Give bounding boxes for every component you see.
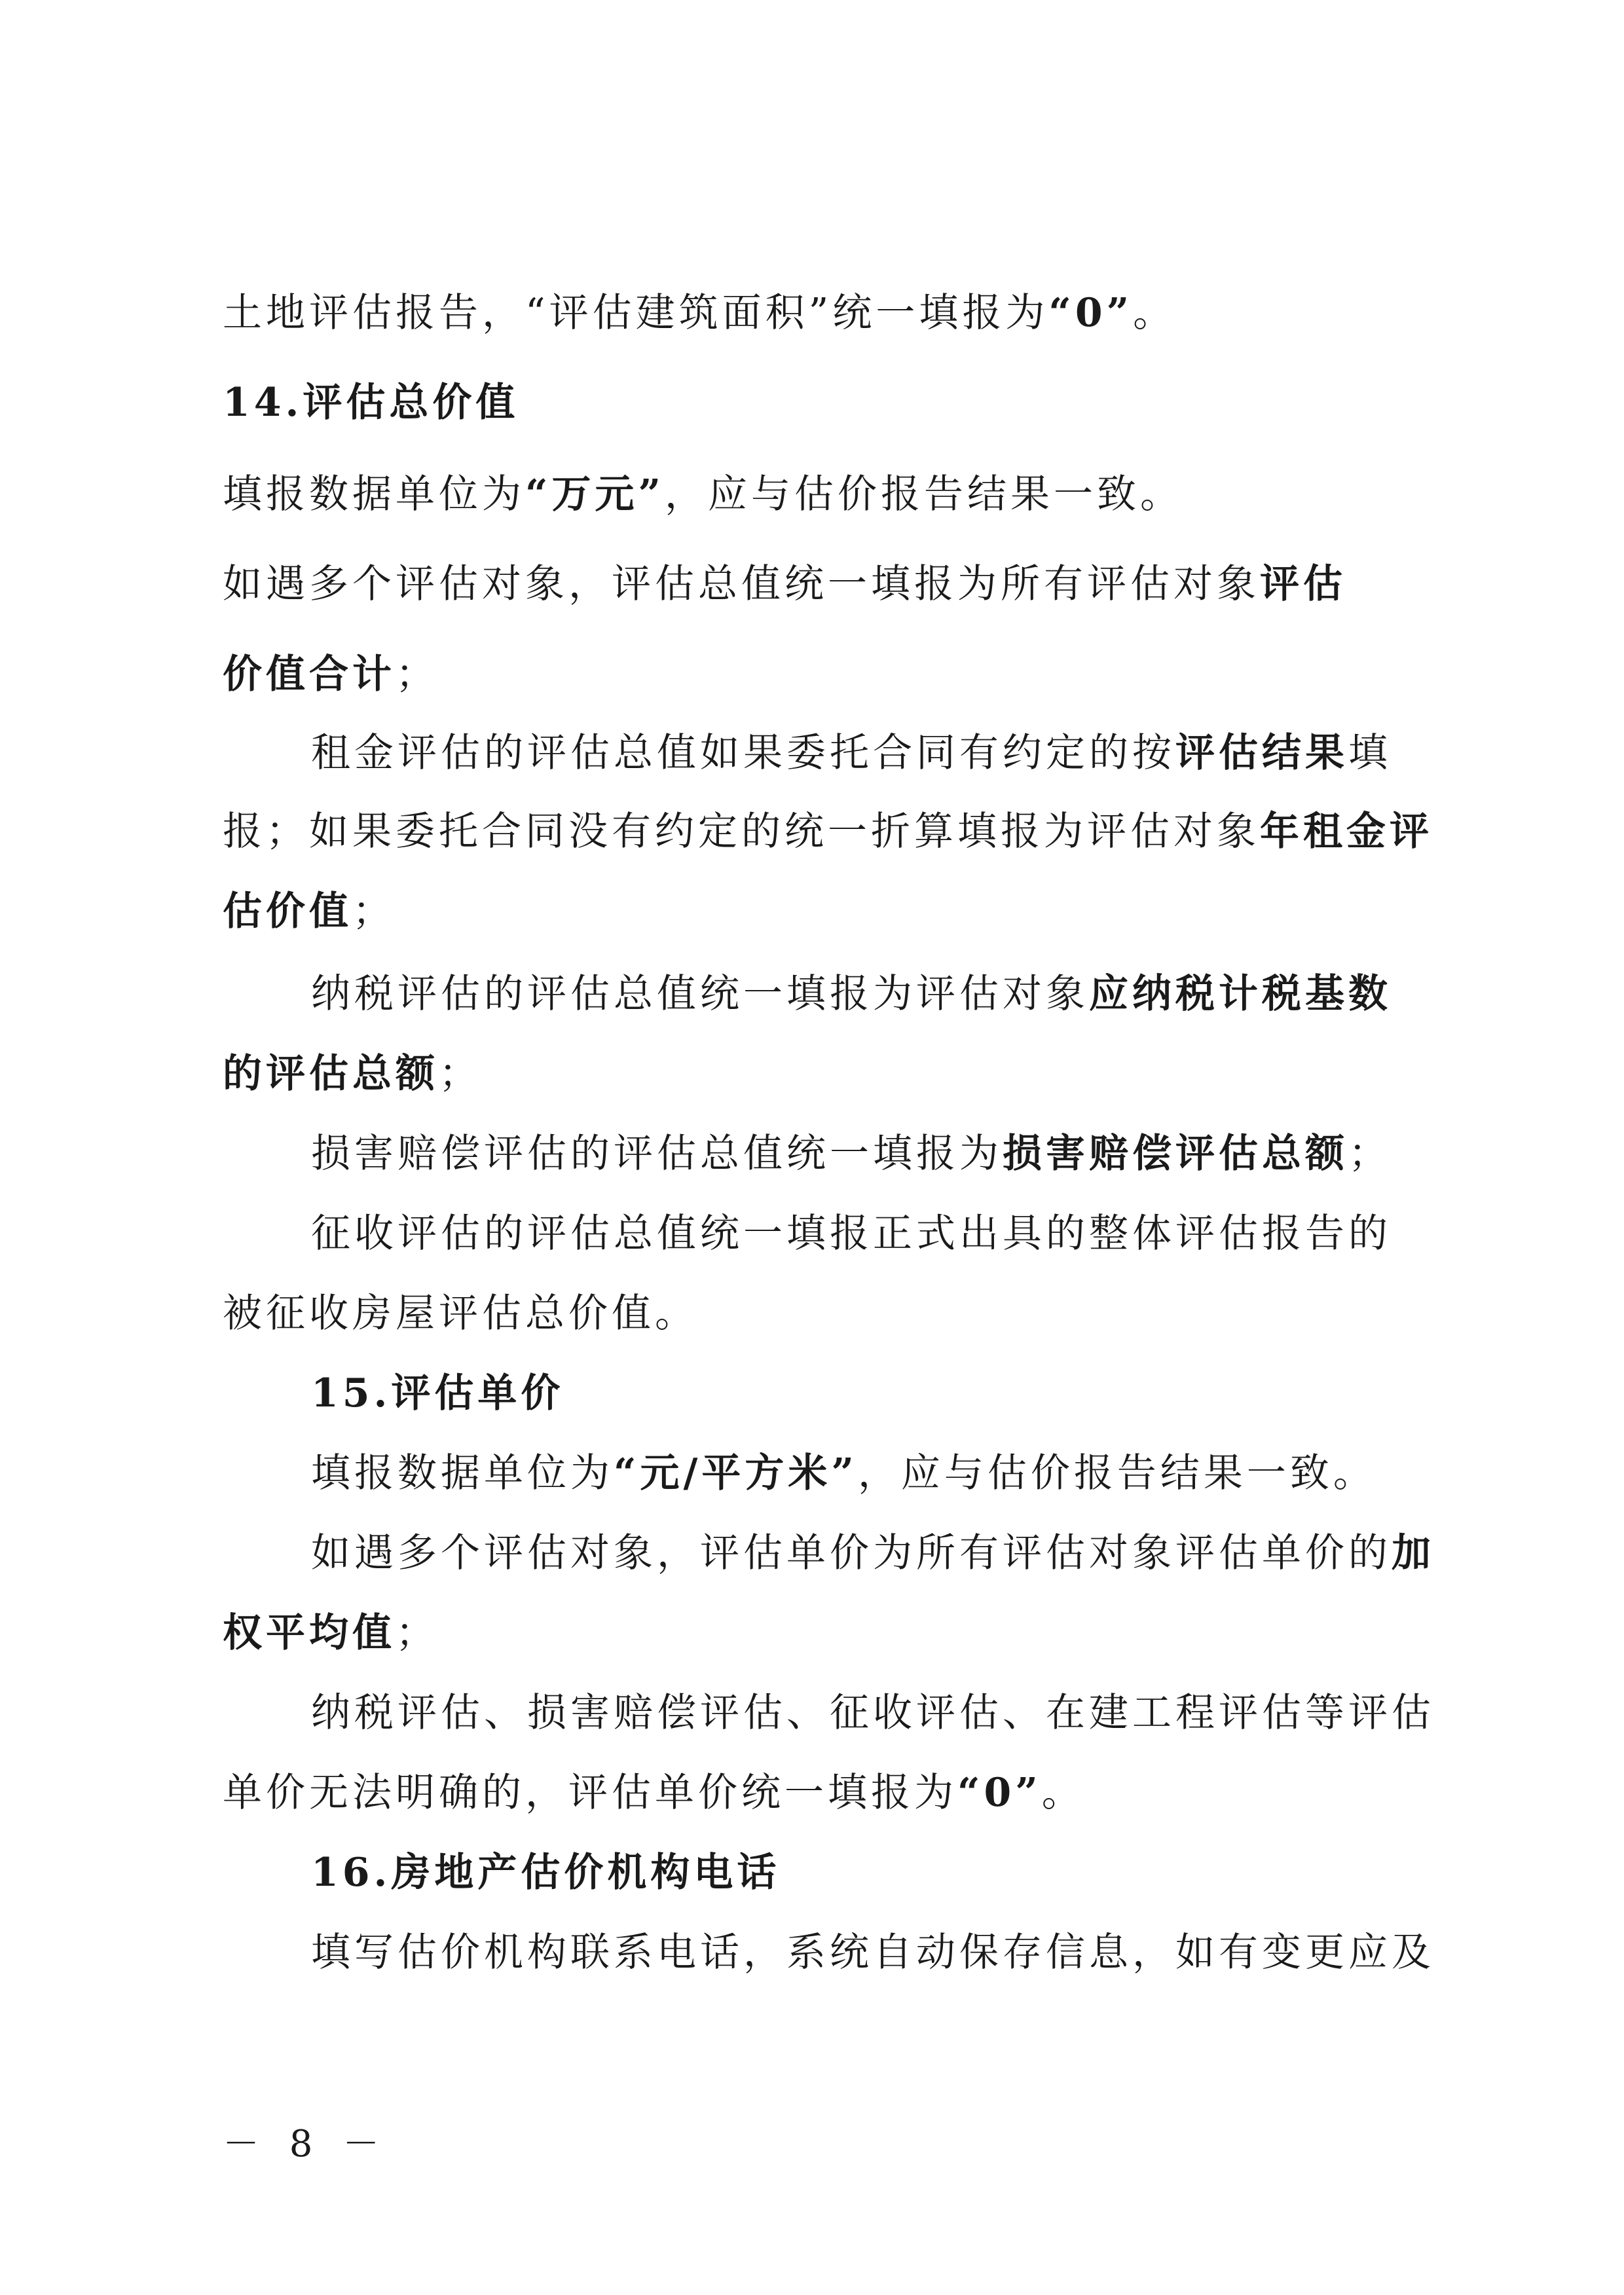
paragraph-line: 单价无法明确的，评估单价统一填报为“0”。 xyxy=(223,1767,1085,1819)
paragraph-line: 损害赔偿评估的评估总值统一填报为损害赔偿评估总额； xyxy=(311,1128,1392,1180)
section-heading: 14.评估总价值 xyxy=(223,376,519,429)
paragraph-line: 租金评估的评估总值如果委托合同有约定的按评估结果填 xyxy=(311,727,1392,779)
paragraph-line: 纳税评估、损害赔偿评估、征收评估、在建工程评估等评估 xyxy=(311,1687,1435,1739)
paragraph-line: 报；如果委托合同没有约定的统一折算填报为评估对象年租金评 xyxy=(223,805,1433,858)
paragraph-line: 如遇多个评估对象，评估总值统一填报为所有评估对象评估 xyxy=(223,558,1346,610)
paragraph-line: 如遇多个评估对象，评估单价为所有评估对象评估单价的加 xyxy=(311,1527,1435,1579)
paragraph-line: 权平均值； xyxy=(223,1607,439,1659)
paragraph-line: 被征收房屋评估总价值。 xyxy=(223,1287,698,1340)
paragraph-line: 填报数据单位为“万元”，应与估价报告结果一致。 xyxy=(223,468,1183,521)
paragraph-line: 征收评估的评估总值统一填报正式出具的整体评估报告的 xyxy=(311,1207,1392,1260)
paragraph-line: 土地评估报告，“评估建筑面积”统一填报为“0”。 xyxy=(223,287,1176,339)
paragraph-line: 价值合计； xyxy=(223,648,439,701)
document-page: 土地评估报告，“评估建筑面积”统一填报为“0”。 14.评估总价值 填报数据单位… xyxy=(0,0,1624,2295)
paragraph-line: 填报数据单位为“元/平方米”，应与估价报告结果一致。 xyxy=(311,1447,1376,1499)
paragraph-line: 估价值； xyxy=(223,885,396,938)
section-heading: 15.评估单价 xyxy=(311,1367,564,1420)
paragraph-line: 的评估总额； xyxy=(223,1048,482,1100)
paragraph-line: 纳税评估的评估总值统一填报为评估对象应纳税计税基数 xyxy=(311,968,1392,1020)
page-number: － 8 － xyxy=(223,2121,388,2167)
paragraph-line: 填写估价机构联系电话，系统自动保存信息，如有变更应及 xyxy=(311,1926,1435,1979)
section-heading: 16.房地产估价机构电话 xyxy=(311,1846,780,1899)
